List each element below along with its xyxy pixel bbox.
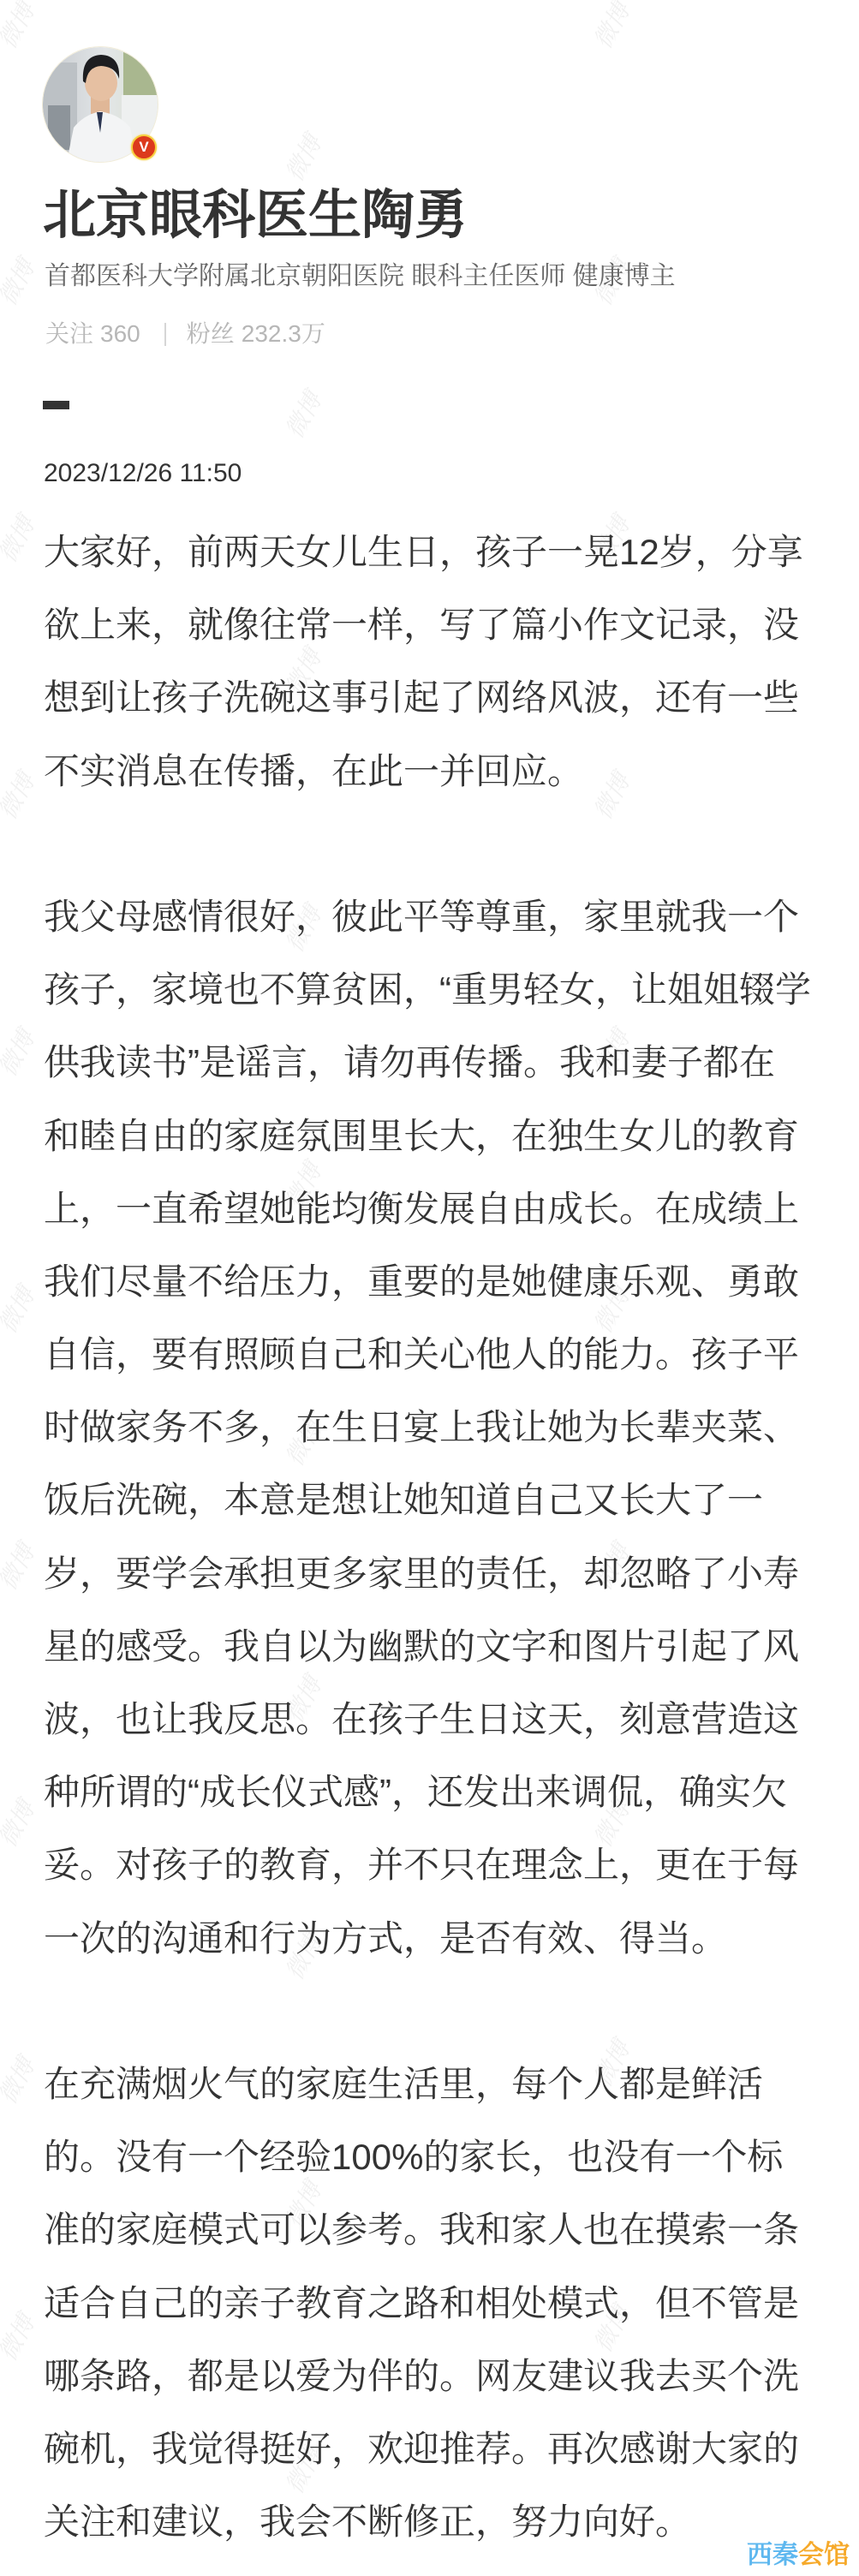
weibo-watermark: 微博 [0,1538,41,1596]
weibo-watermark: 微博 [0,767,41,826]
weibo-watermark: 微博 [0,1024,41,1082]
weibo-watermark: 微博 [0,1795,41,1853]
following-label: 关注 [45,319,93,349]
text-line: 关注和建议，我会不断修正，努力向好。 [44,2485,827,2558]
stats-divider [164,323,166,346]
text-line: 饭后洗碗，本意是想让她知道自己又长大了一 [44,1464,827,1536]
text-line: 上，一直希望她能均衡发展自由成长。在成绩上 [44,1172,827,1245]
followers-stat[interactable]: 粉丝 232.3万 [187,319,325,349]
profile-name[interactable]: 北京眼科医生陶勇 [43,185,468,247]
text-line: 适合自己的亲子教育之路和相处模式，但不管是 [44,2267,827,2340]
weibo-watermark: 微博 [0,2309,41,2367]
source-watermark-logo: 西秦会馆 [747,2542,850,2569]
text-line: 不实消息在传播，在此一并回应。 [44,735,827,808]
weibo-watermark: 微博 [0,1281,41,1339]
text-line: 想到让孩子洗碗这事引起了网络风波，还有一些 [44,661,827,734]
followers-count: 232.3万 [242,319,325,349]
text-line: 时做家务不多，在生日宴上我让她为长辈夹菜、 [44,1391,827,1464]
text-line: 自信，要有照顾自己和关心他人的能力。孩子平 [44,1318,827,1391]
verified-badge-icon: V [131,134,157,160]
text-line: 欲上来，就像往常一样，写了篇小作文记录，没 [44,588,827,661]
post-paragraph: 在充满烟火气的家庭生活里，每个人都是鲜活 的。没有一个经验100%的家长，也没有… [44,2048,827,2558]
source-watermark-part1: 西秦 [747,2541,798,2569]
text-line: 在充满烟火气的家庭生活里，每个人都是鲜活 [44,2048,827,2120]
weibo-watermark: 微博 [280,129,328,188]
weibo-watermark: 微博 [588,0,636,55]
weibo-watermark: 微博 [0,2052,41,2110]
text-line: 岁，要学会承担更多家里的责任，却忽略了小寿 [44,1537,827,1610]
text-line: 妥。对孩子的教育，并不只在理念上，更在于每 [44,1828,827,1901]
text-line: 星的感受。我自以为幽默的文字和图片引起了风 [44,1610,827,1683]
source-watermark-part2: 会馆 [798,2541,850,2569]
profile-bio: 首都医科大学附属北京朝阳医院 眼科主任医师 健康博主 [45,259,676,294]
weibo-watermark: 微博 [280,386,328,444]
post-paragraph: 我父母感情很好，彼此平等尊重，家里就我一个 孩子，家境也不算贫困，“重男轻女，让… [44,880,827,1975]
text-line: 一次的沟通和行为方式，是否有效、得当。 [44,1902,827,1975]
text-line: 和睦自由的家庭氛围里长大，在独生女儿的教育 [44,1100,827,1172]
text-line: 的。没有一个经验100%的家长，也没有一个标 [44,2120,827,2193]
following-count: 360 [100,319,140,349]
weibo-watermark: 微博 [0,253,41,312]
profile-stats: 关注 360 粉丝 232.3万 [45,319,325,349]
text-line: 波，也让我反思。在孩子生日这天，刻意营造这 [44,1683,827,1756]
text-line: 我父母感情很好，彼此平等尊重，家里就我一个 [44,880,827,953]
followers-label: 粉丝 [187,319,235,349]
post-paragraph: 大家好，前两天女儿生日，孩子一晃12岁，分享 欲上来，就像往常一样，写了篇小作文… [44,516,827,808]
post-body: 大家好，前两天女儿生日，孩子一晃12岁，分享 欲上来，就像往常一样，写了篇小作文… [44,516,827,2558]
weibo-watermark: 微博 [0,0,41,55]
section-divider-bar [43,401,69,409]
text-line: 我们尽量不给压力，重要的是她健康乐观、勇敢 [44,1245,827,1318]
following-stat[interactable]: 关注 360 [45,319,140,349]
weibo-watermark: 微博 [0,510,41,569]
text-line: 供我读书”是谣言，请勿再传播。我和妻子都在 [44,1026,827,1099]
text-line: 准的家庭模式可以参考。我和家人也在摸索一条 [44,2193,827,2266]
text-line: 哪条路，都是以爱为伴的。网友建议我去买个洗 [44,2340,827,2412]
post-timestamp[interactable]: 2023/12/26 11:50 [44,456,242,491]
text-line: 种所谓的“成长仪式感”，还发出来调侃，确实欠 [44,1756,827,1828]
text-line: 孩子，家境也不算贫困，“重男轻女，让姐姐辍学 [44,953,827,1026]
text-line: 大家好，前两天女儿生日，孩子一晃12岁，分享 [44,516,827,588]
text-line: 碗机，我觉得挺好，欢迎推荐。再次感谢大家的 [44,2412,827,2485]
